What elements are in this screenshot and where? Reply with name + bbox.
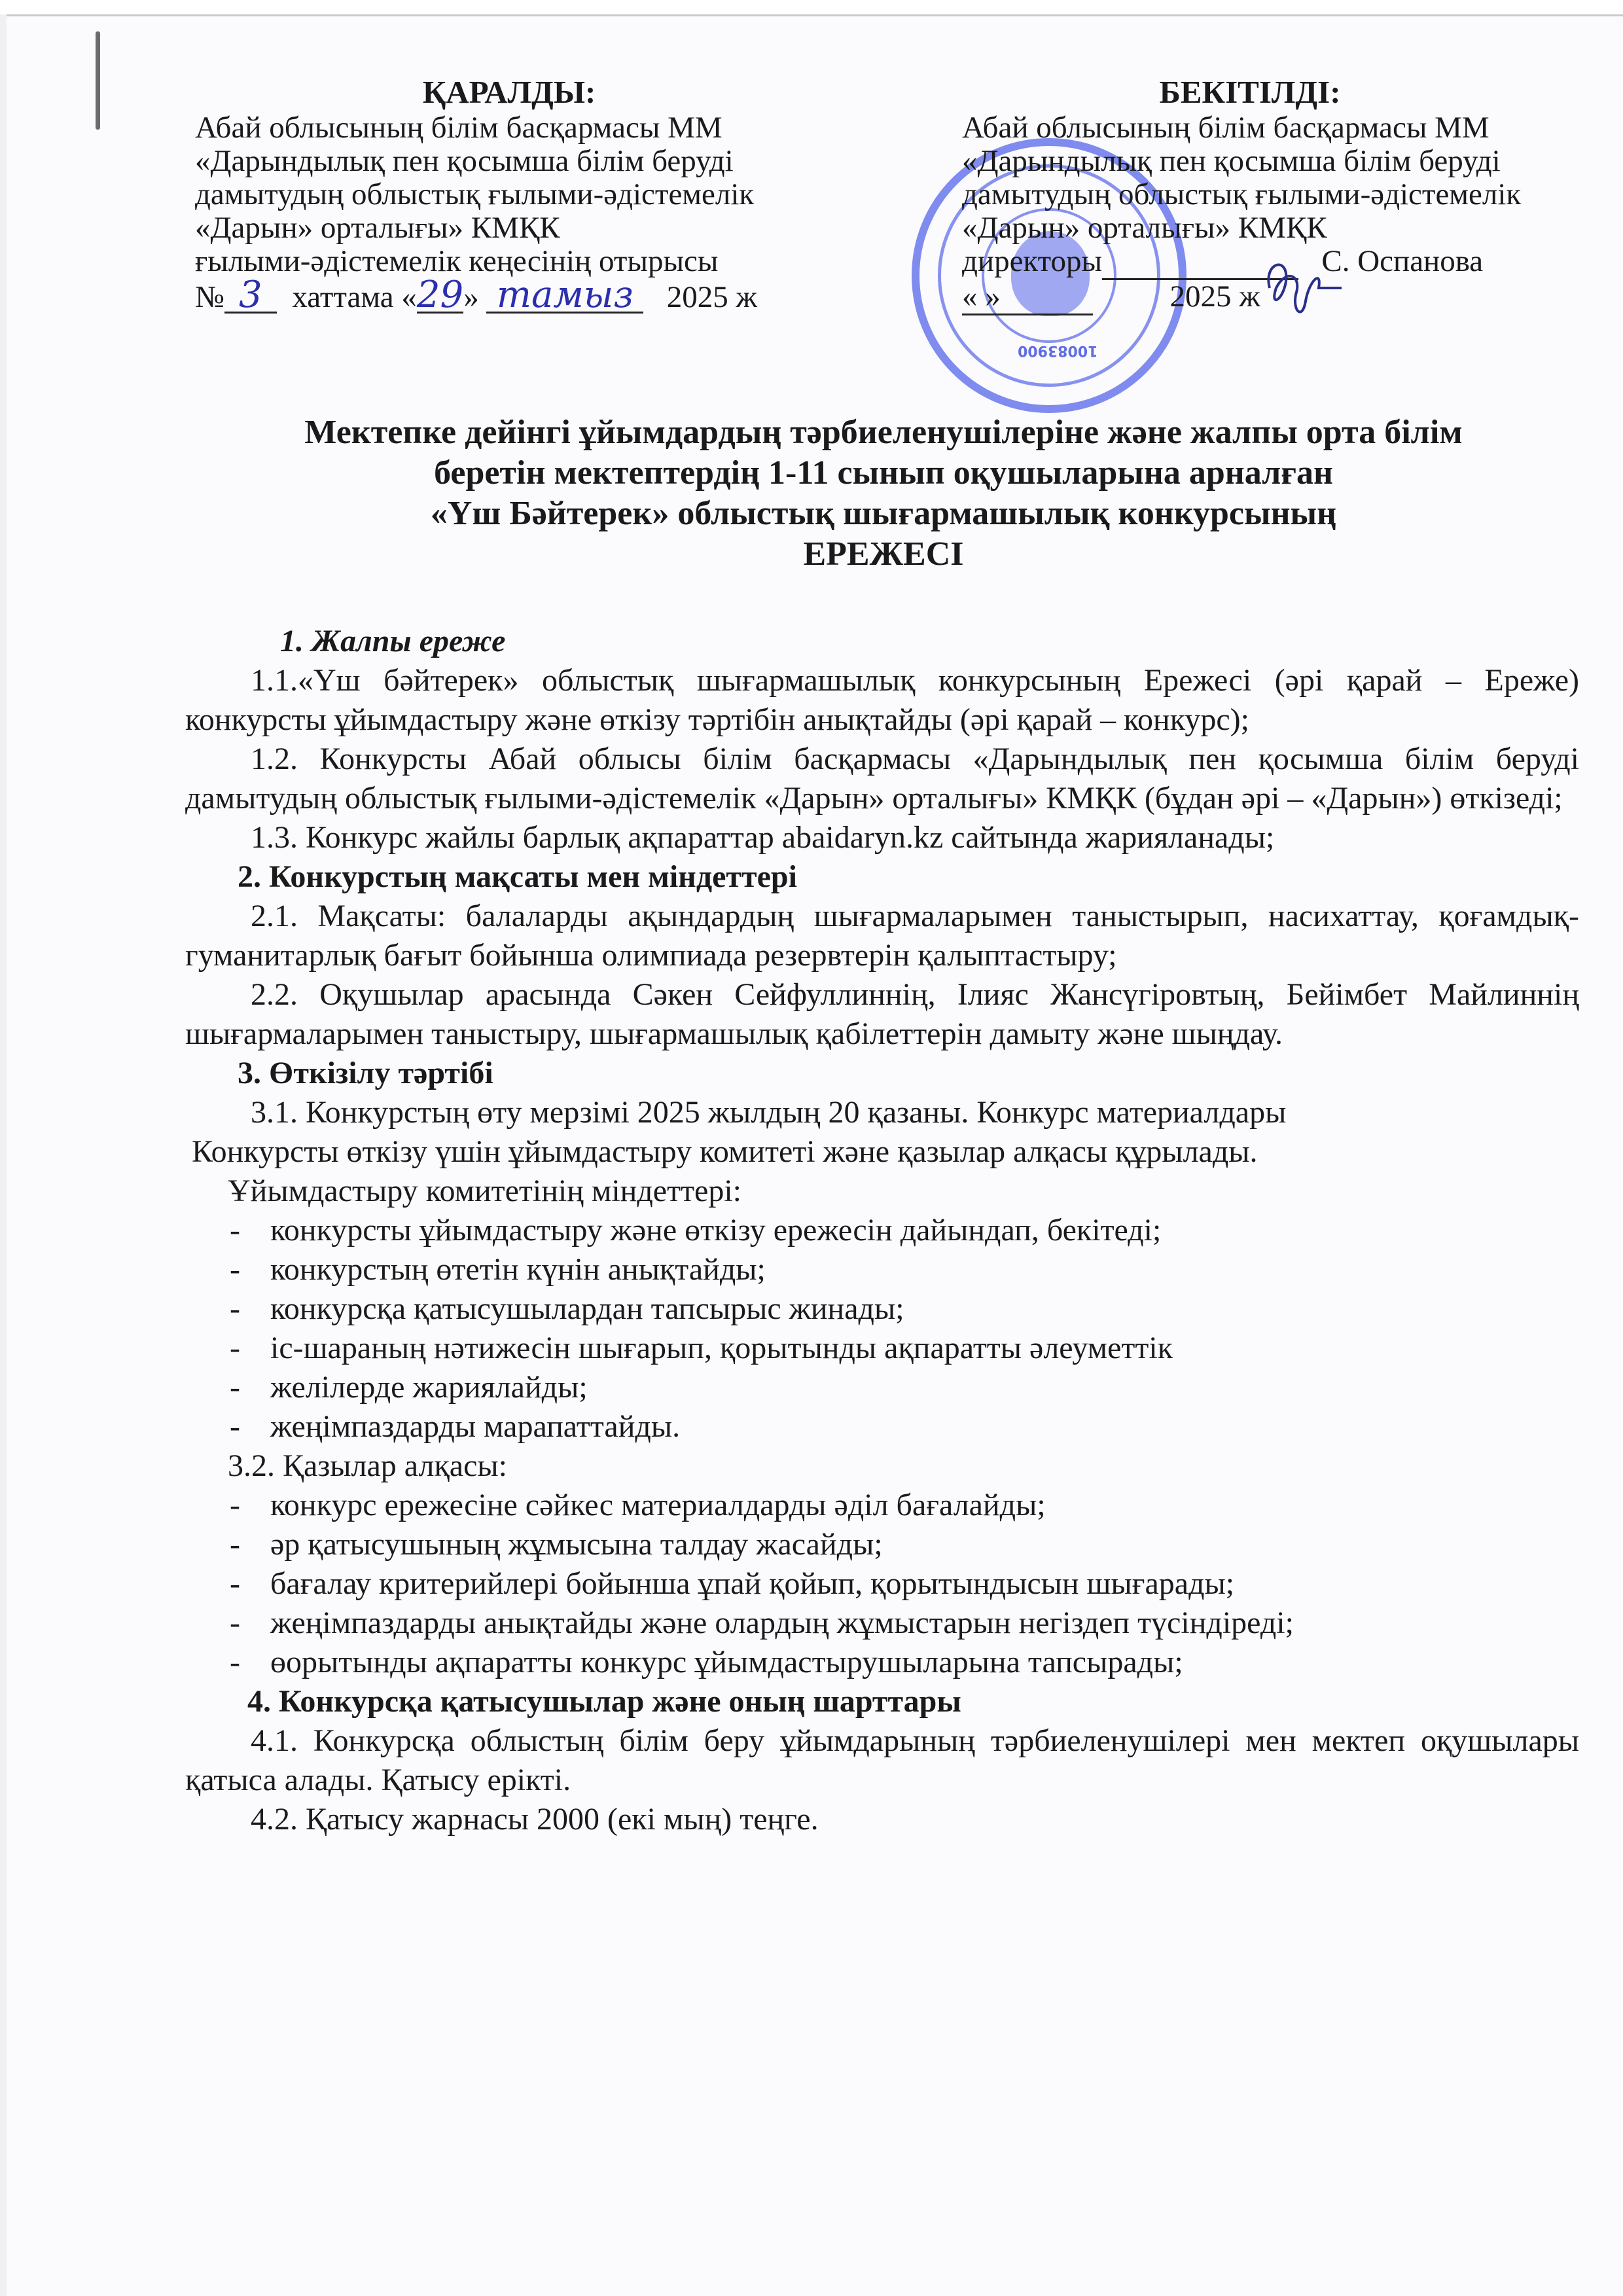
paragraph-1-2: 1.2. Конкурсты Абай облысы білім басқарм…	[185, 740, 1579, 818]
list-item: конкурстың өтетін күнін анықтайды;	[185, 1250, 1579, 1289]
list-item: конкурсты ұйымдастыру және өткізу ережес…	[185, 1211, 1579, 1250]
protocol-number: 3	[224, 278, 277, 314]
scan-left-edge	[0, 14, 7, 2296]
protocol-word: хаттама «	[292, 280, 417, 314]
paragraph-3-1-continued: Конкурсты өткізу үшін ұйымдастыру комите…	[185, 1132, 1579, 1172]
reviewed-line: Абай облысының білім басқармасы ММ	[195, 111, 823, 145]
list-item: іс-шараның нәтижесін шығарып, қорытынды …	[185, 1329, 1579, 1368]
reviewed-line: дамытудың облыстық ғылыми-әдістемелік	[195, 178, 823, 211]
section-1-heading: 1. Жалпы ереже	[185, 622, 1579, 661]
committee-duties-list: конкурсты ұйымдастыру және өткізу ережес…	[185, 1211, 1579, 1446]
list-item: бағалау критерийлері бойынша ұпай қойып,…	[185, 1564, 1579, 1604]
approval-date-line: « » 2025 ж	[942, 280, 1558, 315]
reviewed-heading: ҚАРАЛДЫ:	[195, 73, 823, 111]
document-title: Мектепке дейінгі ұйымдардың тәрбиеленуші…	[196, 412, 1571, 575]
paragraph-2-1: 2.1. Мақсаты: балаларды ақындардың шығар…	[185, 897, 1579, 975]
approved-line: Абай облысының білім басқармасы ММ	[942, 111, 1558, 145]
jury-duties-list: конкурс ережесіне сәйкес материалдарды ә…	[185, 1486, 1579, 1682]
title-line: «Үш Бәйтерек» облыстық шығармашылық конк…	[196, 493, 1571, 534]
section-4-heading: 4. Конкурсқа қатысушылар және оның шартт…	[185, 1682, 1579, 1721]
protocol-month: тамыз	[486, 278, 643, 314]
reviewed-block: ҚАРАЛДЫ: Абай облысының білім басқармасы…	[195, 73, 823, 314]
stamp-code: 10083900	[1018, 342, 1097, 359]
approved-block: БЕКІТІЛДІ: Абай облысының білім басқарма…	[942, 73, 1558, 315]
signature-icon	[1257, 249, 1348, 327]
title-line: беретін мектептердің 1-11 сынып оқушылар…	[196, 453, 1571, 493]
protocol-year: 2025 ж	[667, 280, 757, 314]
director-line: директоры С. Оспанова	[942, 245, 1558, 280]
staple-mark	[96, 31, 100, 130]
scan-top-edge	[0, 0, 1623, 16]
paragraph-4-1: 4.1. Конкурсқа облыстың білім беру ұйымд…	[185, 1721, 1579, 1800]
list-item: жеңімпаздарды анықтайды және олардың жұм…	[185, 1604, 1579, 1643]
approved-line: дамытудың облыстық ғылыми-әдістемелік	[942, 178, 1558, 211]
jury-label: 3.2. Қазылар алқасы:	[185, 1446, 1579, 1486]
approval-date-blank: « »	[962, 280, 1093, 315]
list-item: өорытынды ақпаратты конкурс ұйымдастыруш…	[185, 1643, 1579, 1682]
section-2-heading: 2. Конкурстың мақсаты мен міндеттері	[185, 857, 1579, 897]
list-item: желілерде жариялайды;	[185, 1368, 1579, 1407]
approval-year: 2025 ж	[1170, 279, 1260, 314]
director-label: директоры	[962, 244, 1102, 278]
protocol-number-sign: №	[195, 280, 224, 314]
paragraph-1-1: 1.1.«Үш бәйтерек» облыстық шығармашылық …	[185, 661, 1579, 740]
approved-heading: БЕКІТІЛДІ:	[942, 73, 1558, 111]
approved-line: «Дарын» орталығы» КМҚК	[942, 211, 1558, 245]
protocol-line: №3 хаттама «29» тамыз 2025 ж	[195, 278, 823, 314]
list-item: жеңімпаздарды марапаттайды.	[185, 1407, 1579, 1446]
approved-line: «Дарындылық пен қосымша білім беруді	[942, 145, 1558, 178]
title-line: Мектепке дейінгі ұйымдардың тәрбиеленуші…	[196, 412, 1571, 453]
paragraph-2-2: 2.2. Оқушылар арасында Сәкен Сейфуллинні…	[185, 975, 1579, 1054]
protocol-day: 29	[417, 278, 463, 314]
paragraph-3-1: 3.1. Конкурстың өту мерзімі 2025 жылдың …	[185, 1093, 1579, 1132]
section-3-heading: 3. Өткізілу тәртібі	[185, 1054, 1579, 1093]
document-body: 1. Жалпы ереже 1.1.«Үш бәйтерек» облысты…	[185, 622, 1579, 1839]
reviewed-line: «Дарындылық пен қосымша білім беруді	[195, 145, 823, 178]
paragraph-1-3: 1.3. Конкурс жайлы барлық ақпараттар aba…	[185, 818, 1579, 857]
reviewed-line: «Дарын» орталығы» КМҚК	[195, 211, 823, 245]
title-line: ЕРЕЖЕСІ	[196, 534, 1571, 575]
protocol-close-quote: »	[463, 280, 479, 314]
list-item: әр қатысушының жұмысына талдау жасайды;	[185, 1525, 1579, 1564]
committee-label: Ұйымдастыру комитетінің міндеттері:	[185, 1172, 1579, 1211]
list-item: конкурс ережесіне сәйкес материалдарды ә…	[185, 1486, 1579, 1525]
paragraph-4-2: 4.2. Қатысу жарнасы 2000 (екі мың) теңге…	[185, 1800, 1579, 1839]
list-item: конкурсқа қатысушылардан тапсырыс жинады…	[185, 1289, 1579, 1329]
